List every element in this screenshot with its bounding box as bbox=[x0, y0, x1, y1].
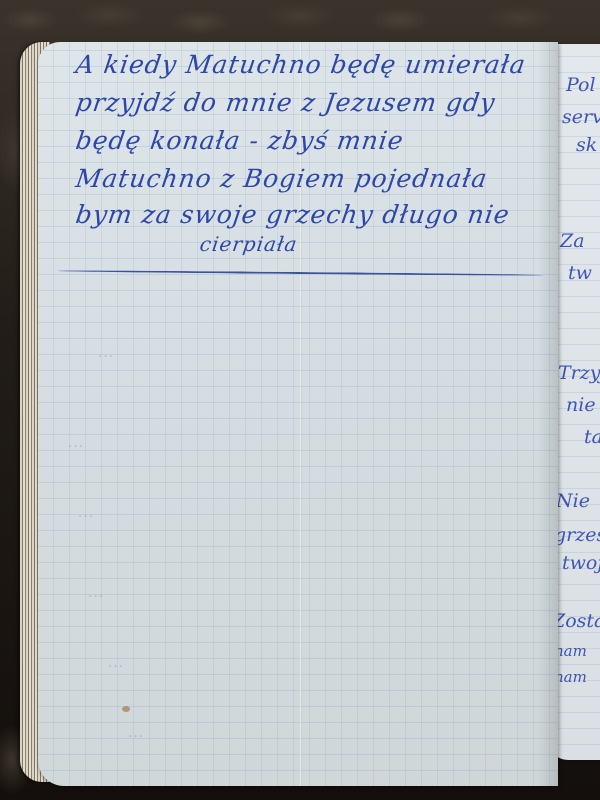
left-page: A kiedy Matuchno będę umierała przyjdź d… bbox=[38, 42, 558, 786]
bleed-through-text: ... bbox=[77, 502, 96, 522]
bleed-through-text: ... bbox=[67, 432, 86, 452]
right-fragment: Zosta bbox=[552, 610, 600, 632]
right-fragment: tw bbox=[568, 262, 592, 284]
right-fragment: nie bbox=[566, 394, 596, 416]
right-fragment: ta bbox=[584, 426, 600, 448]
bleed-through-text: ... bbox=[97, 342, 116, 362]
right-fragment: sk bbox=[576, 134, 597, 156]
bleed-through-text: ... bbox=[87, 582, 106, 602]
handwritten-line: będę konała - zbyś mnie bbox=[74, 126, 406, 155]
handwritten-line: Matuchno z Bogiem pojednała bbox=[74, 164, 490, 193]
bleed-through-text: ... bbox=[127, 722, 146, 742]
right-fragment: nam bbox=[554, 642, 587, 660]
bleed-through-text: ... bbox=[107, 652, 126, 672]
handwritten-line: bym za swoje grzechy długo nie bbox=[74, 200, 512, 229]
right-fragment: serv bbox=[562, 106, 600, 128]
right-fragment: Trzyj bbox=[558, 362, 600, 384]
right-fragment: grzes bbox=[554, 524, 600, 546]
right-fragment: Za bbox=[560, 230, 585, 252]
handwritten-line: A kiedy Matuchno będę umierała bbox=[74, 50, 528, 79]
right-fragment: twoj bbox=[562, 552, 600, 574]
handwritten-line: przyjdź do mnie z Jezusem gdy bbox=[74, 88, 497, 117]
handwritten-line: cierpiała bbox=[198, 232, 299, 256]
right-fragment: nam bbox=[554, 668, 587, 686]
right-fragment: Pol bbox=[566, 74, 596, 96]
paper-stain bbox=[122, 706, 130, 712]
right-fragment: Nie bbox=[556, 490, 590, 512]
